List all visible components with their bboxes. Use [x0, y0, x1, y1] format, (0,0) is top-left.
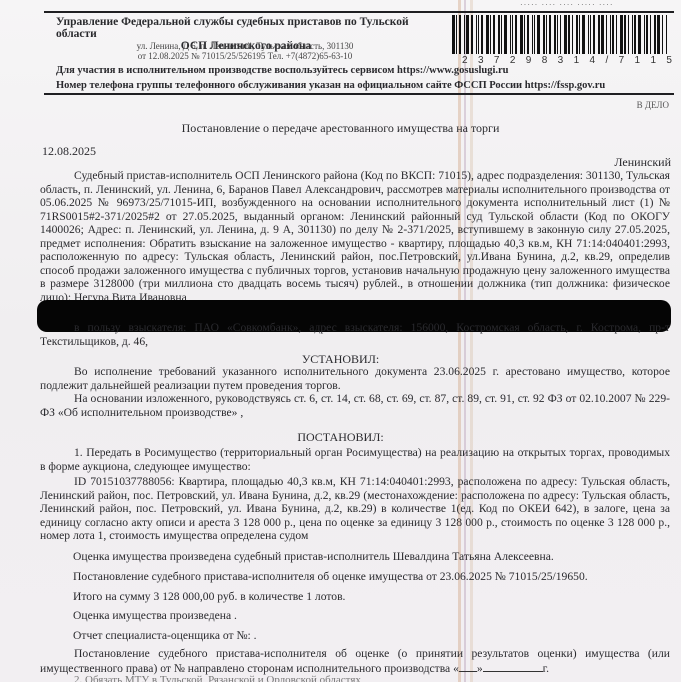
barcode-digit: 4 — [590, 55, 596, 66]
barcode-digit: 5 — [666, 55, 672, 66]
header-rule-top — [44, 11, 674, 13]
barcode-bar — [579, 15, 580, 54]
creditor-text: в пользу взыскателя: ПАО «Совкомбанк», а… — [40, 321, 670, 348]
property-paragraph: ID 70151037788056: Квартира, площадью 40… — [40, 475, 670, 543]
barcode-bar — [612, 15, 614, 54]
barcode-bar — [601, 15, 604, 54]
appraiser-report: Отчет специалиста-оценщика от №: . — [73, 629, 257, 642]
barcode-digit: 1 — [650, 55, 656, 66]
creditor-paragraph: в пользу взыскателя: ПАО «Совкомбанк», а… — [40, 321, 670, 348]
gosuslugi-notice: Для участия в исполнительном производств… — [56, 65, 509, 76]
barcode-digit: 9 — [526, 55, 532, 66]
barcode-bar — [510, 15, 511, 54]
top-cut-fragment: ····· ···· ···· ····· ···· — [520, 0, 614, 9]
barcode-bar — [493, 15, 495, 54]
barcode-bar — [527, 15, 529, 54]
barcode-bar — [466, 15, 469, 54]
basis-paragraph: На основании изложенного, руководствуясь… — [40, 392, 670, 419]
barcode-bar — [564, 15, 567, 54]
valuation-by: Оценка имущества произведена судебный пр… — [73, 550, 554, 563]
established-text: Во исполнение требований указанного испо… — [40, 365, 670, 392]
barcode-bar — [456, 15, 457, 54]
barcode-digit: 1 — [574, 55, 580, 66]
basis-text: На основании изложенного, руководствуясь… — [40, 392, 670, 419]
final-text-start: Постановление судебного пристава-исполни… — [40, 647, 670, 675]
organization-name: Управление Федеральной службы судебных п… — [56, 16, 436, 40]
barcode-bar — [478, 15, 479, 54]
intro-paragraph: Судебный пристав-исполнитель ОСП Ленинск… — [40, 169, 670, 304]
barcode-bar — [666, 15, 667, 54]
document-place: Ленинский — [614, 155, 671, 170]
barcode-bar — [537, 15, 540, 54]
final-text-end: г. — [543, 662, 549, 675]
barcode-bar — [638, 15, 641, 54]
barcode-bar — [512, 15, 513, 54]
barcode-bar — [543, 15, 545, 54]
barcode-bar — [588, 15, 589, 54]
barcode-digit: 2 — [510, 55, 516, 66]
file-stamp: В ДЕЛО — [637, 100, 669, 110]
document-date: 12.08.2025 — [42, 144, 96, 159]
barcode-bar — [593, 15, 595, 54]
barcode-bar — [634, 15, 636, 54]
intro-text: Судебный пристав-исполнитель ОСП Ленинск… — [40, 169, 670, 304]
barcode-bar — [657, 15, 660, 54]
valuation-resolution: Постановление судебного пристава-исполни… — [73, 570, 588, 583]
barcode-bar — [546, 15, 547, 54]
barcode-digit: 3 — [558, 55, 564, 66]
barcode-bar — [520, 15, 523, 54]
barcode-bar — [620, 15, 623, 54]
item1-text: 1. Передать в Росимущество (территориаль… — [40, 446, 670, 473]
barcode-bar — [452, 15, 455, 54]
barcode-bar — [568, 15, 570, 54]
barcode-bar — [471, 15, 473, 54]
barcode-bar — [486, 15, 489, 54]
final-text: Постановление судебного пристава-исполни… — [40, 647, 670, 675]
total-line: Итого на сумму 3 128 000,00 руб. в колич… — [73, 590, 345, 603]
barcode-digit: 7 — [619, 55, 625, 66]
barcode-bar — [632, 15, 633, 54]
barcode-bar — [549, 15, 551, 54]
barcode-bar — [534, 15, 535, 54]
barcode-bar — [598, 15, 600, 54]
barcode-digit: 8 — [542, 55, 548, 66]
barcode-bar — [610, 15, 611, 54]
barcode-bar — [644, 15, 645, 54]
barcode-bar — [572, 15, 573, 54]
header-rule-bottom — [44, 93, 674, 95]
phone-notice: Номер телефона группы телефонного обслуж… — [56, 80, 605, 91]
barcode-bar — [554, 15, 556, 54]
barcode-bar — [557, 15, 558, 54]
barcode-bar — [490, 15, 491, 54]
barcode-bar — [524, 15, 525, 54]
barcode-bar — [464, 15, 465, 54]
barcode-bar — [616, 15, 617, 54]
barcode-bar — [624, 15, 626, 54]
barcode-digit: / — [605, 55, 608, 66]
barcode-bar — [498, 15, 500, 54]
barcode-bar — [481, 15, 483, 54]
office-address: ул. Ленина, Д 6, п. Ленинский, Тульская … — [110, 41, 380, 51]
valuation-done: Оценка имущества произведена . — [73, 609, 237, 622]
barcode-bar — [501, 15, 502, 54]
item1-paragraph: 1. Передать в Росимущество (территориаль… — [40, 446, 670, 473]
barcode-bar — [560, 15, 561, 54]
section-heading-resolved: ПОСТАНОВИЛ: — [0, 430, 681, 445]
address-block: ул. Ленина, Д 6, п. Ленинский, Тульская … — [110, 41, 380, 61]
document-page: ····· ···· ···· ····· ···· Управление Фе… — [0, 0, 681, 682]
document-reference: от 12.08.2025 № 71015/25/526195 Тел. +7(… — [110, 51, 380, 61]
barcode — [452, 15, 672, 54]
barcode-bar — [576, 15, 578, 54]
day-blank — [459, 661, 477, 672]
document-title: Постановление о передаче арестованного и… — [0, 121, 681, 136]
month-blank — [483, 661, 543, 672]
barcode-bar — [582, 15, 585, 54]
final-paragraph: Постановление судебного пристава-исполни… — [40, 647, 670, 675]
barcode-digit: 1 — [635, 55, 641, 66]
barcode-bar — [590, 15, 591, 54]
barcode-bar — [504, 15, 507, 54]
barcode-bar — [476, 15, 477, 54]
barcode-bar — [662, 15, 663, 54]
barcode-bar — [628, 15, 629, 54]
barcode-bar — [654, 15, 656, 54]
property-text: ID 70151037788056: Квартира, площадью 40… — [40, 475, 670, 543]
established-paragraph: Во исполнение требований указанного испо… — [40, 365, 670, 392]
barcode-bar — [459, 15, 461, 54]
cutoff-line: 2. Обязать МТУ в Тульской, Рязанской и О… — [74, 674, 361, 682]
barcode-bar — [532, 15, 533, 54]
barcode-bar — [646, 15, 648, 54]
barcode-bar — [606, 15, 607, 54]
barcode-bar — [515, 15, 517, 54]
barcode-bar — [650, 15, 651, 54]
